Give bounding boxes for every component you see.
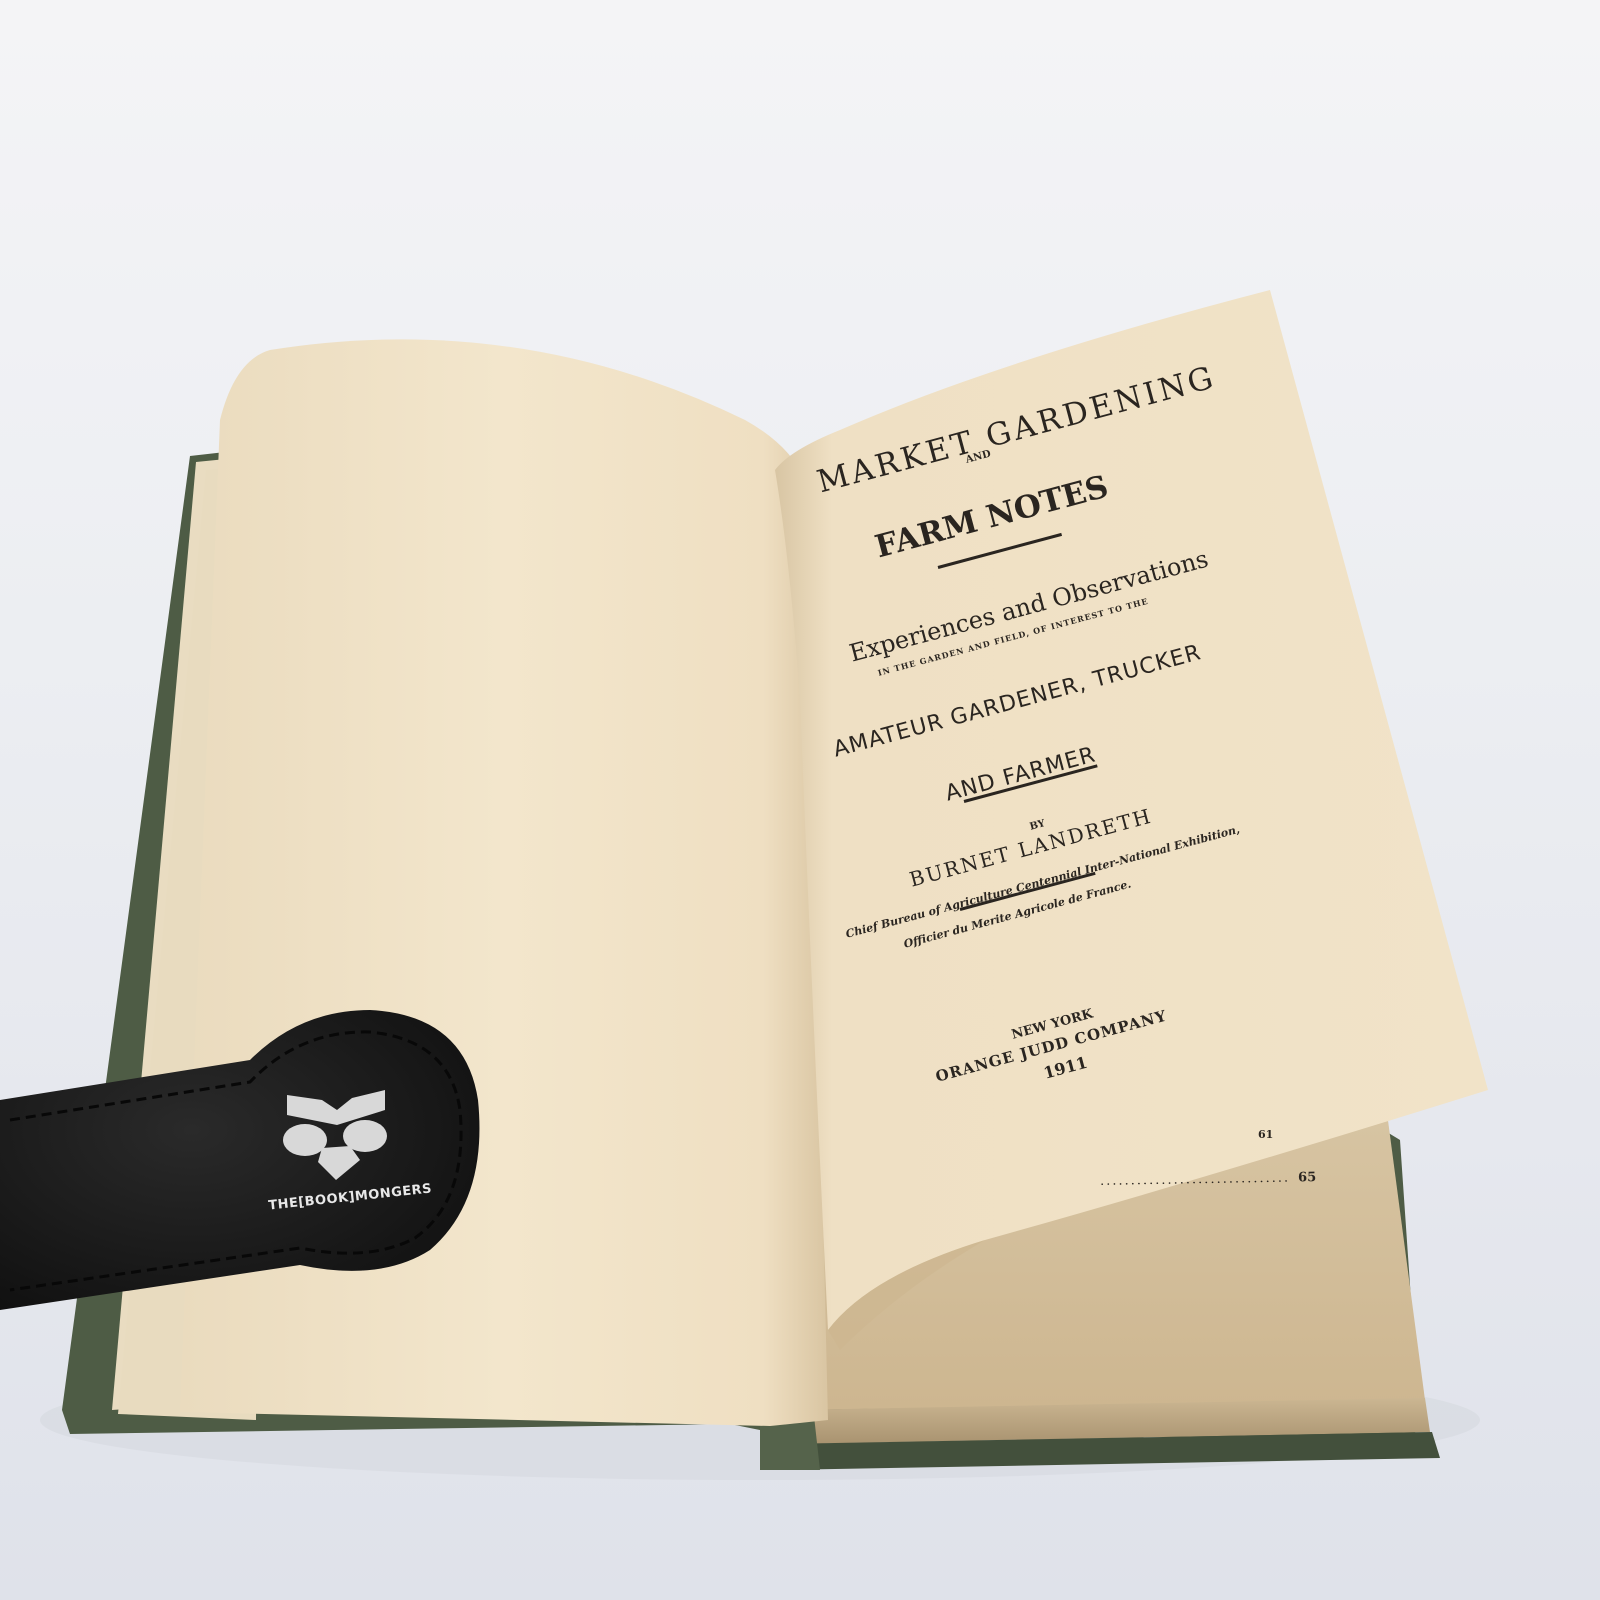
toc-page-number: 65 [1298,1170,1316,1185]
toc-previous-number: 61 [1258,1128,1273,1141]
book-scene [0,0,1600,1600]
